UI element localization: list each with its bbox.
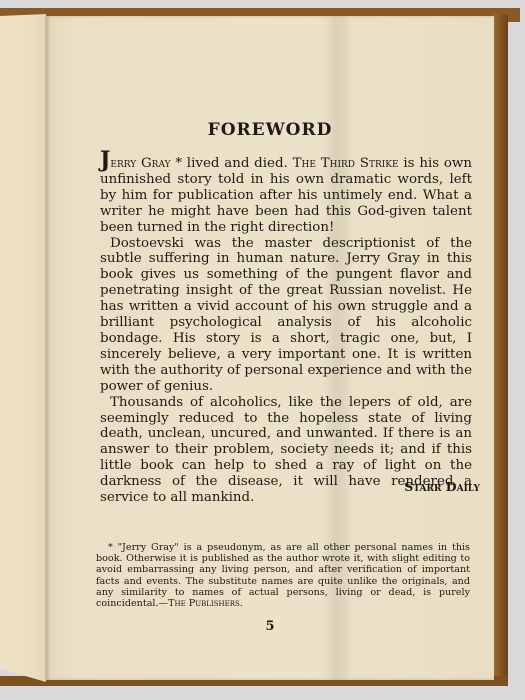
left-facing-page	[0, 14, 46, 682]
gutter-line	[45, 16, 46, 680]
footnote-paragraph: * "Jerry Gray" is a pseudonym, as are al…	[96, 542, 470, 609]
drop-cap: J	[100, 147, 110, 173]
signature: Starr Daily	[330, 479, 480, 494]
page-title: FOREWORD	[46, 120, 494, 140]
footnote: * "Jerry Gray" is a pseudonym, as are al…	[96, 542, 470, 609]
author-pseudonym: erry Gray	[110, 156, 170, 171]
paragraph-1-text-a: lived and died.	[182, 156, 293, 171]
page-number: 5	[46, 619, 494, 634]
paragraph-2: Dostoevski was the master descriptionist…	[100, 236, 472, 395]
footnote-marker: *	[171, 156, 182, 171]
book-title: The Third Strike	[293, 156, 399, 171]
footnote-text: * "Jerry Gray" is a pseudonym, as are al…	[96, 542, 470, 609]
footnote-attribution: The Publishers.	[168, 598, 243, 609]
foreword-body: Jerry Gray * lived and died. The Third S…	[100, 155, 472, 506]
paragraph-1: Jerry Gray * lived and died. The Third S…	[100, 155, 472, 236]
book-cover-right	[494, 14, 508, 684]
